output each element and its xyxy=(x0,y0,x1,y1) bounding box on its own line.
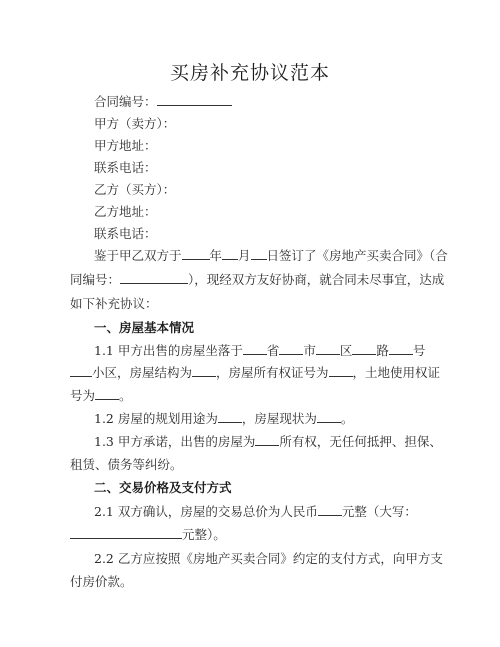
province-blank xyxy=(243,343,267,355)
text: 租赁、债务等纠纷。 xyxy=(70,457,183,472)
field-label: 乙方地址： xyxy=(94,204,157,219)
party-a-address-field: 甲方地址： xyxy=(94,138,157,154)
clause-1-3-line-2: 租赁、债务等纠纷。 xyxy=(70,457,183,473)
text: 区 xyxy=(340,343,353,358)
party-a-field: 甲方（卖方）： xyxy=(94,116,175,132)
text: 所有权，无任何抵押、担保、 xyxy=(279,434,442,449)
land-cert-blank xyxy=(95,388,119,400)
document-title: 买房补充协议范本 xyxy=(0,58,500,85)
party-b-address-field: 乙方地址： xyxy=(94,204,157,220)
price-blank xyxy=(318,504,342,516)
preamble-line-3: 如下补充协议： xyxy=(70,296,158,312)
ownership-cert-blank xyxy=(329,365,353,377)
text: ），现经双方友好协商，就合同未尽事宜，达成 xyxy=(188,272,444,287)
document-page: 买房补充协议范本 合同编号： 甲方（卖方）： 甲方地址： 联系电话： 乙方（买方… xyxy=(0,0,500,647)
number-blank xyxy=(389,343,413,355)
clause-1-3-line-1: 1.3 甲方承诺，出售的房屋为所有权，无任何抵押、担保、 xyxy=(94,434,442,450)
text: 1.1 甲方出售的房屋坐落于 xyxy=(94,343,243,358)
preamble-line-2: 同编号：），现经双方友好协商，就合同未尽事宜，达成 xyxy=(70,272,444,288)
text: ，土地使用权证 xyxy=(353,365,441,380)
text: 元整）。 xyxy=(182,527,226,542)
clause-1-2: 1.2 房屋的规划用途为，房屋现状为。 xyxy=(94,411,353,427)
party-b-field: 乙方（买方）： xyxy=(94,182,175,198)
text: 1.2 房屋的规划用途为 xyxy=(94,411,218,426)
month-blank xyxy=(222,248,238,260)
price-in-words-blank xyxy=(70,527,182,539)
clause-2-2-line-2: 付房价款。 xyxy=(70,574,133,590)
text: 元整（大写： xyxy=(342,504,417,519)
section-heading-2: 二、交易价格及支付方式 xyxy=(94,480,232,496)
field-label: 甲方地址： xyxy=(94,138,157,153)
clause-2-2-line-1: 2.2 乙方应按照《房地产买卖合同》约定的支付方式，向甲方支 xyxy=(94,551,443,567)
text: 号为 xyxy=(70,388,95,403)
text: 日签订了《房地产买卖合同》（合 xyxy=(267,248,448,263)
text: 市 xyxy=(303,343,316,358)
contract-number-field: 合同编号： xyxy=(94,94,232,110)
clause-1-1-line-3: 号为。 xyxy=(70,388,132,404)
preamble-line-1: 鉴于甲乙双方于年月日签订了《房地产买卖合同》（合 xyxy=(94,248,448,264)
text: 号 xyxy=(413,343,426,358)
text: 。 xyxy=(119,388,132,403)
text: 路 xyxy=(376,343,389,358)
party-a-phone-field: 联系电话： xyxy=(94,160,157,176)
field-label: 联系电话： xyxy=(94,226,157,241)
contract-number-blank xyxy=(120,272,188,284)
text: 同编号： xyxy=(70,272,120,287)
text: ，房屋现状为 xyxy=(242,411,317,426)
ownership-type-blank xyxy=(255,434,279,446)
text: 鉴于甲乙双方于 xyxy=(94,248,182,263)
community-blank xyxy=(70,365,92,377)
text: 月 xyxy=(238,248,251,263)
year-blank xyxy=(182,248,210,260)
city-blank xyxy=(279,343,303,355)
day-blank xyxy=(251,248,267,260)
text: 。 xyxy=(341,411,354,426)
current-status-blank xyxy=(317,411,341,423)
text: 年 xyxy=(210,248,223,263)
field-label: 合同编号： xyxy=(94,94,157,109)
text: ，房屋所有权证号为 xyxy=(216,365,329,380)
field-label: 联系电话： xyxy=(94,160,157,175)
text: 付房价款。 xyxy=(70,574,133,589)
party-b-phone-field: 联系电话： xyxy=(94,226,157,242)
clause-2-1-line-2: 元整）。 xyxy=(70,527,226,543)
field-label: 乙方（买方）： xyxy=(94,182,175,197)
planned-use-blank xyxy=(218,411,242,423)
road-blank xyxy=(352,343,376,355)
clause-2-1-line-1: 2.1 双方确认，房屋的交易总价为人民币元整（大写： xyxy=(94,504,417,520)
text: 省 xyxy=(267,343,280,358)
section-heading-1: 一、房屋基本情况 xyxy=(94,320,194,336)
text: 小区，房屋结构为 xyxy=(92,365,192,380)
text: 2.2 乙方应按照《房地产买卖合同》约定的支付方式，向甲方支 xyxy=(94,551,443,566)
field-label: 甲方（卖方）： xyxy=(94,116,175,131)
text: 2.1 双方确认，房屋的交易总价为人民币 xyxy=(94,504,318,519)
district-blank xyxy=(316,343,340,355)
clause-1-1-line-1: 1.1 甲方出售的房屋坐落于省市区路号 xyxy=(94,343,425,359)
structure-blank xyxy=(192,365,216,377)
contract-number-blank xyxy=(157,94,232,106)
clause-1-1-line-2: 小区，房屋结构为，房屋所有权证号为，土地使用权证 xyxy=(70,365,440,381)
text: 如下补充协议： xyxy=(70,296,158,311)
text: 1.3 甲方承诺，出售的房屋为 xyxy=(94,434,255,449)
